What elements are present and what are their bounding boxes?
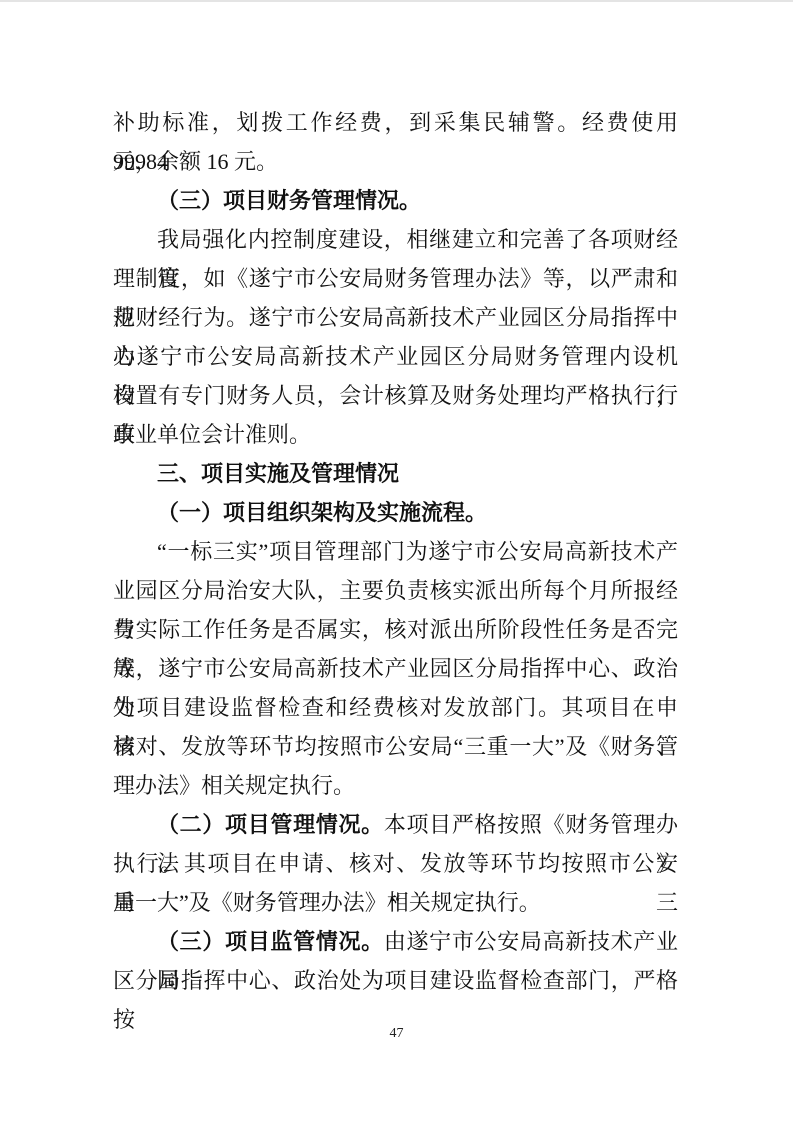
text-run: 理办法》相关规定执行。 (113, 773, 355, 798)
text-line: 元，余额 16 元。 (113, 142, 678, 181)
text-line: 补助标准，划拨工作经费，到采集民辅警。经费使用 99984 (113, 103, 678, 142)
heading-run: （三）项目财务管理情况。 (157, 188, 421, 213)
text-line: 设置有专门财务人员，会计核算及财务处理均严格执行行政 (113, 376, 678, 415)
page-number: 47 (0, 1026, 793, 1042)
text-line: （三）项目监管情况。由遂宁市公安局高新技术产业园 (113, 922, 678, 961)
text-line: 事业单位会计准则。 (113, 415, 678, 454)
text-line: （一）项目组织架构及实施流程。 (113, 493, 678, 532)
text-line: 执行。其项目在申请、核对、发放等环节均按照市公安局“三 (113, 844, 678, 883)
text-run: 核对、发放等环节均按照市公安局“三重一大”及《财务管 (113, 734, 678, 759)
text-line: 等，遂宁市公安局高新技术产业园区分局指挥中心、政治处 (113, 649, 678, 688)
text-line: 核对、发放等环节均按照市公安局“三重一大”及《财务管 (113, 727, 678, 766)
text-line: 理制度，如《遂宁市公安局财务管理办法》等，以严肃和规 (113, 259, 678, 298)
text-line: （三）项目财务管理情况。 (113, 181, 678, 220)
document-body: 补助标准，划拨工作经费，到采集民辅警。经费使用 99984元，余额 16 元。（… (113, 103, 678, 1000)
text-line: 我局强化内控制度建设，相继建立和完善了各项财经管 (113, 220, 678, 259)
text-line: 范财经行为。遂宁市公安局高新技术产业园区分局指挥中心 (113, 298, 678, 337)
text-run: 重一大”及《财务管理办法》相关规定执行。 (113, 890, 541, 915)
text-line: 三、项目实施及管理情况 (113, 454, 678, 493)
text-line: 为项目建设监督检查和经费核对发放部门。其项目在申请、 (113, 688, 678, 727)
text-run: 区分局指挥中心、政治处为项目建设监督检查部门，严格按 (113, 968, 678, 1032)
text-line: 理办法》相关规定执行。 (113, 766, 678, 805)
document-page: 补助标准，划拨工作经费，到采集民辅警。经费使用 99984元，余额 16 元。（… (0, 0, 793, 1122)
text-line: “一标三实”项目管理部门为遂宁市公安局高新技术产 (113, 532, 678, 571)
heading-run: （三）项目监管情况。 (157, 929, 384, 954)
text-line: 与实际工作任务是否属实，核对派出所阶段性任务是否完成 (113, 610, 678, 649)
text-run: 事业单位会计准则。 (113, 422, 311, 447)
text-line: 业园区分局治安大队，主要负责核实派出所每个月所报经费 (113, 571, 678, 610)
text-line: （二）项目管理情况。本项目严格按照《财务管理办法》 (113, 805, 678, 844)
text-line: 区分局指挥中心、政治处为项目建设监督检查部门，严格按 (113, 961, 678, 1000)
heading-run: 三、项目实施及管理情况 (157, 461, 399, 486)
text-line: 为遂宁市公安局高新技术产业园区分局财务管理内设机构， (113, 337, 678, 376)
heading-run: （一）项目组织架构及实施流程。 (157, 500, 487, 525)
text-run: “一标三实”项目管理部门为遂宁市公安局高新技术产 (157, 539, 678, 564)
heading-run: （二）项目管理情况。 (157, 812, 384, 837)
text-run: 元，余额 16 元。 (113, 149, 278, 174)
